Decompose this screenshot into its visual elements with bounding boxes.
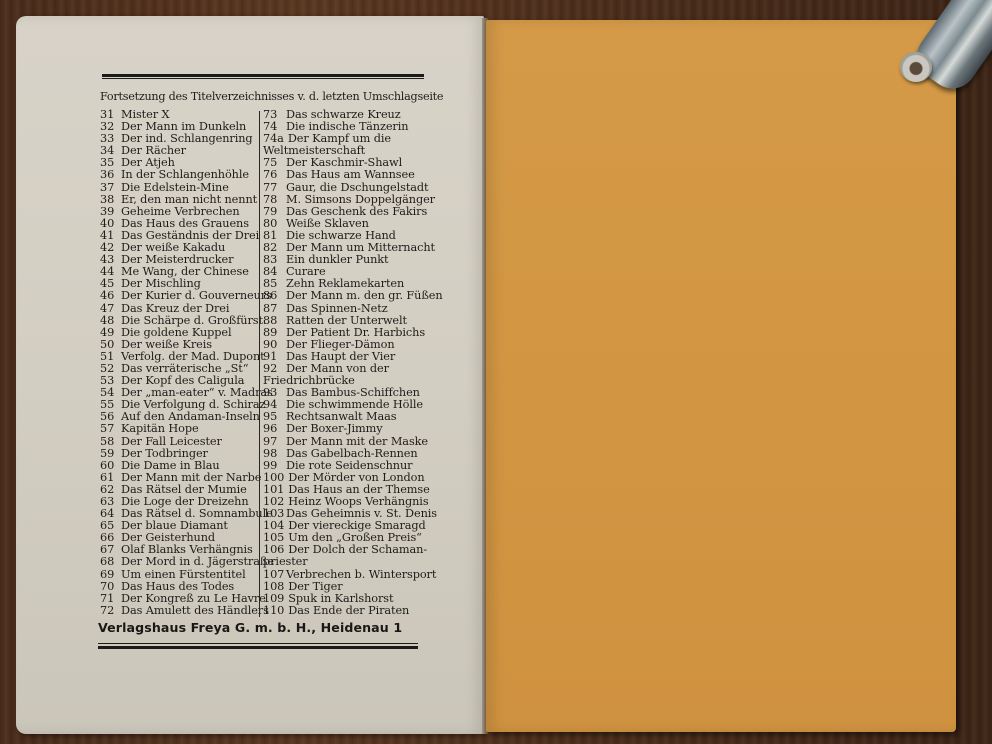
item-number: 88 (263, 315, 282, 327)
list-item: 68Der Mord in d. Jägerstraße (100, 556, 260, 568)
item-title: Kapitän Hope (117, 423, 199, 435)
list-item: 72Das Amulett des Händlers (100, 605, 260, 617)
item-number: 37 (100, 182, 117, 194)
item-number: 47 (100, 303, 117, 315)
item-number: 78 (263, 194, 282, 206)
item-title: Das Spinnen-Netz (282, 303, 388, 315)
list-item: 98Das Gabelbach-Rennen (263, 448, 433, 460)
column-divider (259, 111, 260, 617)
list-item: 77Gaur, die Dschungelstadt (263, 182, 433, 194)
item-title: Der Todbringer (117, 448, 208, 460)
list-item: 78M. Simsons Doppelgänger (263, 194, 433, 206)
list-item: 69Um einen Fürstentitel (100, 569, 260, 581)
item-title: Um einen Fürstentitel (117, 569, 246, 581)
item-title: Die goldene Kuppel (117, 327, 232, 339)
list-item: 48Die Schärpe d. Großfürst. (100, 315, 260, 327)
list-item: 70Das Haus des Todes (100, 581, 260, 593)
item-title: Der Fall Leicester (117, 436, 222, 448)
item-number: 59 (100, 448, 117, 460)
item-title: Der Mann m. den gr. Füßen (282, 290, 443, 302)
right-page-blank-cover (486, 20, 956, 732)
item-number: 97 (263, 436, 282, 448)
list-item: 89Der Patient Dr. Harbichs (263, 327, 433, 339)
bottom-double-rule (98, 642, 418, 650)
list-item: 87Das Spinnen-Netz (263, 303, 433, 315)
item-title: Die Schärpe d. Großfürst. (117, 315, 266, 327)
item-title: Der Patient Dr. Harbichs (282, 327, 425, 339)
list-item: 60Die Dame in Blau (100, 460, 260, 472)
item-number: 69 (100, 569, 117, 581)
item-number: 36 (100, 169, 117, 181)
item-number: 72 (100, 605, 117, 617)
list-item: 37Die Edelstein-Mine (100, 182, 260, 194)
item-title: Die Edelstein-Mine (117, 182, 229, 194)
list-item: 108Der Tiger (263, 581, 433, 593)
item-title: Der Boxer-Jimmy (282, 423, 383, 435)
item-title: Die Dame in Blau (117, 460, 220, 472)
list-item: 76Das Haus am Wannsee (263, 169, 433, 181)
item-number: 38 (100, 194, 117, 206)
publisher-imprint: Verlagshaus Freya G. m. b. H., Heidenau … (98, 620, 428, 635)
item-title: M. Simsons Doppelgänger (282, 194, 435, 206)
item-title: Das Gabelbach-Rennen (282, 448, 418, 460)
list-item: 47Das Kreuz der Drei (100, 303, 260, 315)
list-item: 97Der Mann mit der Maske (263, 436, 433, 448)
item-number: 86 (263, 290, 282, 302)
list-item: 110Das Ende der Piraten (263, 605, 433, 617)
item-title: Verbrechen b. Wintersport (282, 569, 436, 581)
item-number: 70 (100, 581, 117, 593)
item-title: Das Amulett des Händlers (117, 605, 269, 617)
item-number: 110 (263, 605, 284, 617)
item-title: Der Tiger (284, 581, 342, 593)
item-number: 49 (100, 327, 117, 339)
list-item: 58Der Fall Leicester (100, 436, 260, 448)
item-number: 57 (100, 423, 117, 435)
item-number: 87 (263, 303, 282, 315)
item-title: Gaur, die Dschungelstadt (282, 182, 428, 194)
list-item: 49Die goldene Kuppel (100, 327, 260, 339)
item-number: 46 (100, 290, 117, 302)
item-title: Der Kurier d. Gouverneurs (117, 290, 272, 302)
item-number: 77 (263, 182, 282, 194)
pen-end-cap (900, 52, 932, 82)
item-number: 68 (100, 556, 117, 568)
item-number: 99 (263, 460, 282, 472)
item-number: 89 (263, 327, 282, 339)
list-item: 99Die rote Seidenschnur (263, 460, 433, 472)
item-number: 98 (263, 448, 282, 460)
list-item: 38Er, den man nicht nennt (100, 194, 260, 206)
item-title: Der Mann mit der Maske (282, 436, 428, 448)
list-item: 86Der Mann m. den gr. Füßen (263, 290, 433, 302)
page-subtitle: Fortsetzung des Titelverzeichnisses v. d… (100, 90, 430, 103)
item-title: Das Ende der Piraten (284, 605, 409, 617)
list-item: 59Der Todbringer (100, 448, 260, 460)
list-item: 36In der Schlangenhöhle (100, 169, 260, 181)
item-title: Das Haus des Todes (117, 581, 234, 593)
title-list-right: 73Das schwarze Kreuz74Die indische Tänze… (263, 109, 433, 617)
item-number: 48 (100, 315, 117, 327)
list-item: 88Ratten der Unterwelt (263, 315, 433, 327)
item-title: Der Mord in d. Jägerstraße (117, 556, 274, 568)
top-double-rule (102, 74, 424, 82)
item-title: Das Haus am Wannsee (282, 169, 415, 181)
item-number: 58 (100, 436, 117, 448)
item-title: Die rote Seidenschnur (282, 460, 412, 472)
list-item: 57Kapitän Hope (100, 423, 260, 435)
item-number: 60 (100, 460, 117, 472)
list-item: 46Der Kurier d. Gouverneurs (100, 290, 260, 302)
item-title: In der Schlangenhöhle (117, 169, 249, 181)
item-title: Er, den man nicht nennt (117, 194, 257, 206)
list-item: 96Der Boxer-Jimmy (263, 423, 433, 435)
item-title: Das Kreuz der Drei (117, 303, 229, 315)
item-title-continuation: priester (263, 556, 433, 568)
item-title: Ratten der Unterwelt (282, 315, 407, 327)
item-number: 107 (263, 569, 282, 581)
item-number: 108 (263, 581, 284, 593)
title-list-left: 31Mister X32Der Mann im Dunkeln33Der ind… (100, 109, 260, 617)
list-item: 107Verbrechen b. Wintersport (263, 569, 433, 581)
item-number: 96 (263, 423, 282, 435)
item-number: 76 (263, 169, 282, 181)
